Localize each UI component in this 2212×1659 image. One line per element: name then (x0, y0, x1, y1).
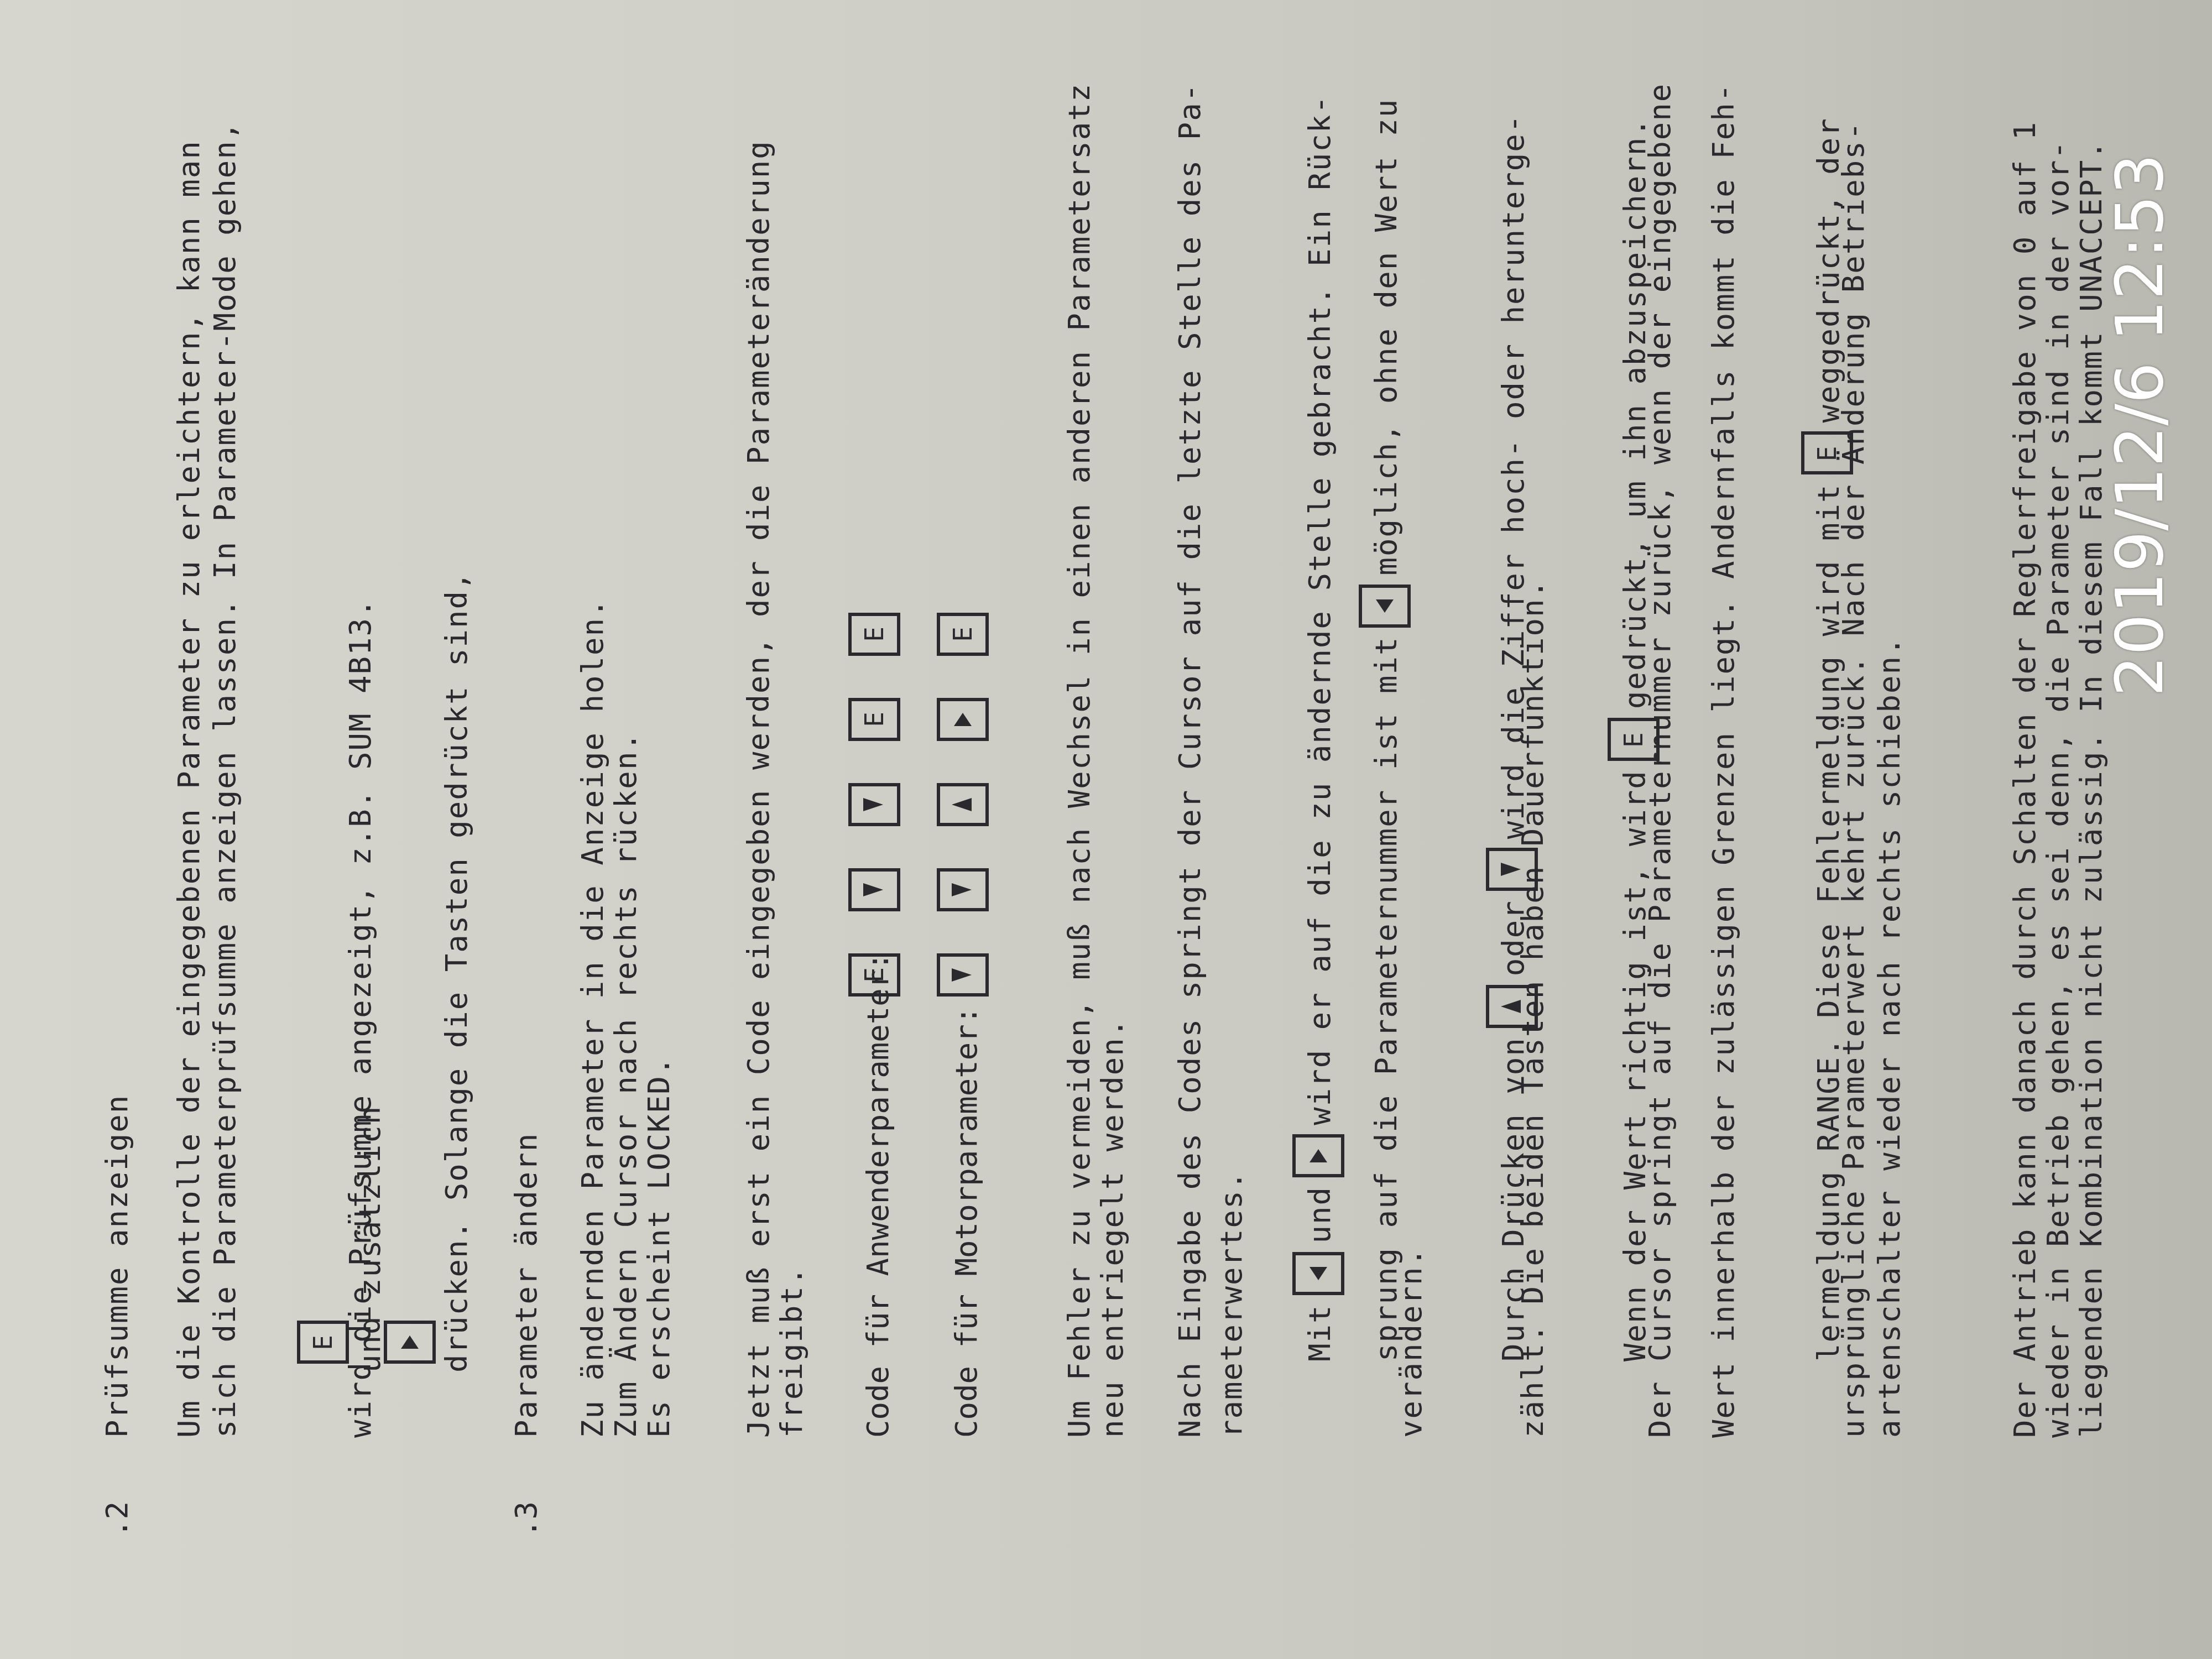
paragraph-line: Wenn der Wert richtig ist, wirdEgedrückt… (1576, 117, 1698, 1438)
paragraph-line: wieder in Betrieb gehen, es sei denn, di… (2041, 140, 2075, 1438)
down-arrow-key-icon (937, 868, 989, 911)
e-key: E (848, 953, 900, 997)
section-title: Prüfsumme anzeigen (100, 1094, 134, 1438)
document-page: .2 Prüfsumme anzeigen Um die Kontrolle d… (0, 0, 2212, 1659)
paragraph-line: Es erscheint LOCKED. (641, 1056, 676, 1438)
paragraph-line: Jetzt muß erst ein Code eingegeben werde… (741, 140, 776, 1438)
down-arrow-key-icon (937, 953, 989, 997)
paragraph-line: freigibt. (774, 1266, 809, 1438)
paragraph-line: rameterwertes. (1214, 1171, 1249, 1438)
up-arrow-key-icon (937, 783, 989, 826)
down-arrow-key-icon (848, 783, 900, 826)
section-number: .3 (509, 1501, 544, 1537)
paragraph-line: wird die Prüfsumme angezeigt, z.B. SUM 4… (343, 598, 378, 1438)
paragraph-line: zählt. Die beiden Tasten haben Dauerfunk… (1515, 579, 1550, 1438)
photo-timestamp: 2019/12/6 12:53 (2101, 33, 2190, 697)
code-keys: E (940, 592, 992, 1018)
e-key: E (937, 613, 989, 656)
paragraph-line: Zum Ändern Cursor nach rechts rücken. (608, 732, 643, 1438)
code-keys: EEE (852, 592, 904, 1018)
paragraph-line: Um Fehler zu vermeiden, muß nach Wechsel… (1062, 83, 1097, 1438)
e-key: E (297, 1321, 349, 1364)
paragraph-line: Nach Eingabe des Codes springt der Curso… (1172, 83, 1207, 1438)
e-key: E (848, 613, 900, 656)
paragraph-line: verändern. (1394, 1247, 1428, 1438)
e-key: E (848, 698, 900, 741)
left-arrow-key-icon (1359, 585, 1411, 628)
paragraph-line: sich die Parameterprüfsumme anzeigen las… (207, 121, 242, 1438)
down-arrow-key-icon (848, 868, 900, 911)
section-number: .2 (100, 1501, 134, 1537)
paragraph-line: artenschalter wieder nach rechts schiebe… (1872, 637, 1907, 1438)
paragraph-line: Um die Kontrolle der eingegebenen Parame… (171, 140, 206, 1438)
code-row-motor: Code für Motorparameter: E (940, 592, 992, 1438)
code-row-user: Code für Anwenderparameter: EEE (852, 592, 904, 1438)
paragraph-line: Der Antrieb kann danach durch Schalten d… (2007, 121, 2042, 1438)
paragraph-line: Wert innerhalb der zulässigen Grenzen li… (1706, 83, 1741, 1438)
section-title: Parameter ändern (509, 1133, 544, 1438)
paragraph-line: Zu ändernden Parameter in die Anzeige ho… (575, 598, 610, 1438)
paragraph-line: neu entriegelt werden. (1095, 1018, 1130, 1438)
paragraph-line: ursprüngliche Parameterwert kehrt zurück… (1836, 121, 1871, 1438)
right-arrow-key-icon (937, 698, 989, 741)
right-arrow-key-icon (384, 1321, 436, 1364)
paragraph-line: E und zusätzlich drücken. Solange die Ta… (265, 571, 509, 1449)
paragraph-line: sprung auf die Parameternummer ist mitmö… (1327, 98, 1449, 1438)
paragraph-line: Der Cursor springt auf die Parameternumm… (1642, 83, 1677, 1438)
